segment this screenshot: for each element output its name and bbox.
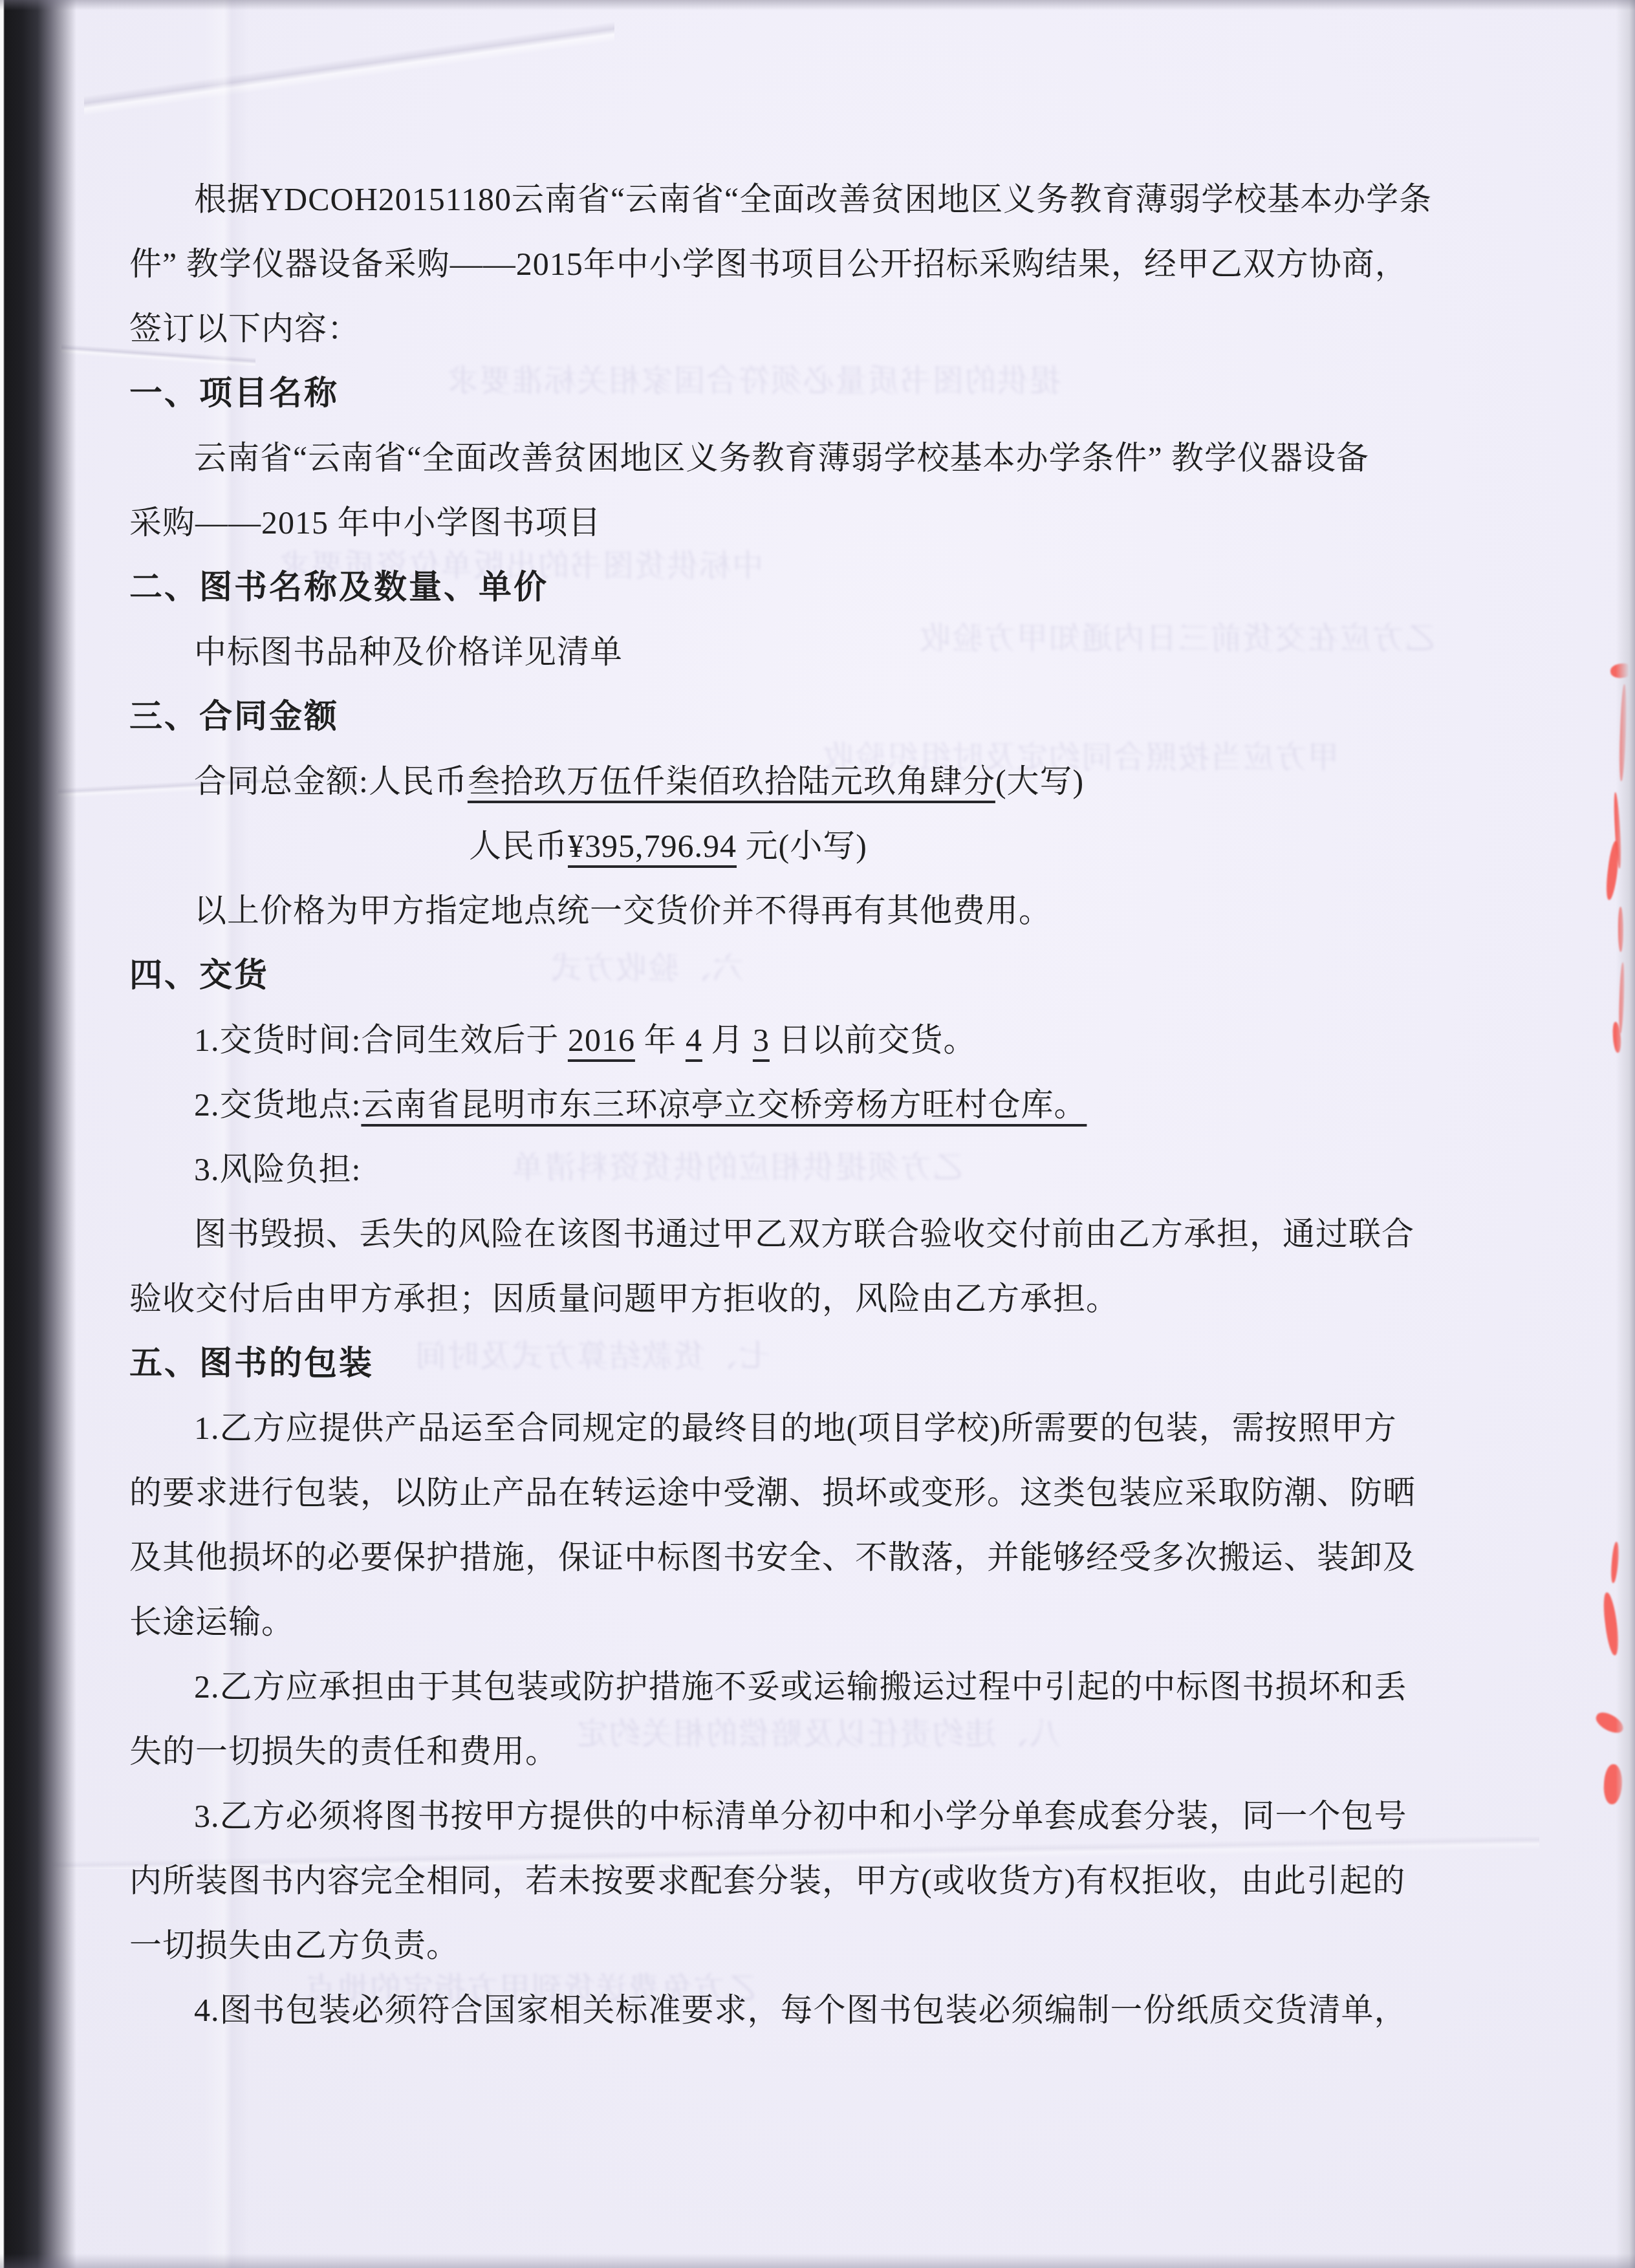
delivery-time-line: 1.交货时间:合同生效后于 2016 年 4 月 3 日以前交货。	[129, 1008, 1559, 1072]
scanner-edge-left	[0, 0, 84, 2268]
text-run: 二、图书名称及数量、单价	[129, 568, 548, 605]
underlined-value: 云南省昆明市东三环凉亭立交桥旁杨方旺村仓库。	[361, 1086, 1087, 1123]
section-1-heading: 一、项目名称	[129, 361, 1559, 426]
section-2-heading: 二、图书名称及数量、单价	[129, 555, 1559, 620]
packaging-line: 长途运输。	[129, 1590, 1559, 1654]
packaging-line: 1.乙方应提供产品运至合同规定的最终目的地(项目学校)所需要的包装，需按照甲方	[129, 1396, 1559, 1460]
text-run: 3.风险负担:	[194, 1151, 361, 1187]
book-list-note: 中标图书品种及价格详见清单	[129, 620, 1559, 684]
text-run: 云南省“云南省“全面改善贫困地区义务教育薄弱学校基本办学条件” 教学仪器设备	[194, 440, 1369, 476]
text-run: 1.乙方应提供产品运至合同规定的最终目的地(项目学校)所需要的包装，需按照甲方	[194, 1410, 1397, 1446]
intro-line: 签订以下内容：	[129, 296, 1559, 361]
text-run: 三、合同金额	[129, 698, 339, 735]
delivery-place-line: 2.交货地点:云南省昆明市东三环凉亭立交桥旁杨方旺村仓库。	[129, 1072, 1559, 1137]
text-run: 月	[702, 1022, 753, 1058]
packaging-line: 内所装图书内容完全相同，若未按要求配套分装，甲方(或收货方)有权拒收，由此引起的	[129, 1848, 1559, 1913]
text-run: 年	[635, 1022, 686, 1058]
text-run: 四、交货	[129, 956, 269, 993]
packaging-line: 4.图书包装必须符合国家相关标准要求，每个图书包装必须编制一份纸质交货清单，	[129, 1978, 1559, 2042]
text-run: 一、项目名称	[129, 374, 339, 411]
text-run: 元(小写)	[737, 828, 867, 864]
page-edge-right	[1616, 0, 1635, 2268]
intro-line: 件” 教学仪器设备采购——2015年中小学图书项目公开招标采购结果，经甲乙双方协…	[129, 232, 1559, 296]
packaging-line: 及其他损坏的必要保护措施，保证中标图书安全、不散落，并能够经受多次搬运、装卸及	[129, 1525, 1559, 1590]
contract-body: 根据YDCOH20151180云南省“云南省“全面改善贫困地区义务教育薄弱学校基…	[129, 167, 1559, 2042]
text-run: 五、图书的包装	[129, 1345, 374, 1381]
intro-line: 根据YDCOH20151180云南省“云南省“全面改善贫困地区义务教育薄弱学校基…	[129, 167, 1559, 232]
total-amount-figures-line: 人民币¥395,796.94 元(小写)	[129, 814, 1559, 878]
text-run: 签订以下内容：	[129, 310, 360, 347]
text-run: 2.交货地点:	[194, 1086, 361, 1123]
text-run: 采购——2015 年中小学图书项目	[129, 504, 601, 541]
total-amount-words-line: 合同总金额:人民币叁拾玖万伍仟柒佰玖拾陆元玖角肆分(大写)	[129, 749, 1559, 814]
text-run: 长途运输。	[129, 1604, 294, 1640]
risk-heading-line: 3.风险负担:	[129, 1137, 1559, 1202]
section-4-heading: 四、交货	[129, 943, 1559, 1008]
text-run: 人民币	[469, 828, 568, 864]
text-run: 日以前交货。	[770, 1022, 977, 1058]
scanner-edge-top	[0, 0, 1635, 10]
text-run: 合同总金额:人民币	[194, 763, 468, 799]
underlined-value: ¥395,796.94	[568, 828, 737, 864]
text-run: 2.乙方应承担由于其包装或防护措施不妥或运输搬运过程中引起的中标图书损坏和丢	[194, 1669, 1407, 1705]
project-name-line: 云南省“云南省“全面改善贫困地区义务教育薄弱学校基本办学条件” 教学仪器设备	[129, 426, 1559, 490]
underlined-value: 叁拾玖万伍仟柒佰玖拾陆元玖角肆分	[468, 763, 995, 799]
section-3-heading: 三、合同金额	[129, 684, 1559, 749]
text-run: 图书毁损、丢失的风险在该图书通过甲乙双方联合验收交付前由乙方承担，通过联合	[194, 1216, 1414, 1252]
text-run: 1.交货时间:合同生效后于	[194, 1022, 568, 1058]
scanner-edge-bottom	[0, 2254, 1635, 2268]
paper-crease	[84, 13, 614, 123]
underlined-value: 2016	[568, 1022, 635, 1058]
packaging-line: 的要求进行包装，以防止产品在转运途中受潮、损坏或变形。这类包装应采取防潮、防晒	[129, 1460, 1559, 1525]
scanned-contract-page: { "page": { "kind": "scanned contract pa…	[0, 0, 1635, 2268]
risk-body-line: 图书毁损、丢失的风险在该图书通过甲乙双方联合验收交付前由乙方承担，通过联合	[129, 1202, 1559, 1266]
text-run: 3.乙方必须将图书按甲方提供的中标清单分初中和小学分单套成套分装，同一个包号	[194, 1798, 1407, 1834]
text-run: 一切损失由乙方负责。	[129, 1927, 459, 1963]
text-run: 失的一切损失的责任和费用。	[129, 1733, 558, 1769]
text-run: 及其他损坏的必要保护措施，保证中标图书安全、不散落，并能够经受多次搬运、装卸及	[129, 1539, 1416, 1575]
price-note-line: 以上价格为甲方指定地点统一交货价并不得再有其他费用。	[129, 878, 1559, 943]
underlined-value: 3	[753, 1022, 770, 1058]
text-run: 中标图书品种及价格详见清单	[194, 634, 623, 670]
text-run: 件” 教学仪器设备采购——2015年中小学图书项目公开招标采购结果，经甲乙双方协…	[129, 246, 1408, 282]
packaging-line: 2.乙方应承担由于其包装或防护措施不妥或运输搬运过程中引起的中标图书损坏和丢	[129, 1654, 1559, 1719]
packaging-line: 3.乙方必须将图书按甲方提供的中标清单分初中和小学分单套成套分装，同一个包号	[129, 1784, 1559, 1848]
text-run: 内所装图书内容完全相同，若未按要求配套分装，甲方(或收货方)有权拒收，由此引起的	[129, 1863, 1405, 1899]
text-run: 4.图书包装必须符合国家相关标准要求，每个图书包装必须编制一份纸质交货清单，	[194, 1992, 1407, 2028]
risk-body-line: 验收交付后由甲方承担；因质量问题甲方拒收的，风险由乙方承担。	[129, 1266, 1559, 1331]
section-5-heading: 五、图书的包装	[129, 1331, 1559, 1396]
project-name-line: 采购——2015 年中小学图书项目	[129, 490, 1559, 555]
packaging-line: 失的一切损失的责任和费用。	[129, 1719, 1559, 1784]
text-run: 的要求进行包装，以防止产品在转运途中受潮、损坏或变形。这类包装应采取防潮、防晒	[129, 1474, 1416, 1511]
underlined-value: 4	[686, 1022, 702, 1058]
text-run: (大写)	[995, 763, 1084, 799]
text-run: 以上价格为甲方指定地点统一交货价并不得再有其他费用。	[194, 892, 1052, 929]
text-run: 验收交付后由甲方承担；因质量问题甲方拒收的，风险由乙方承担。	[129, 1280, 1119, 1317]
packaging-line: 一切损失由乙方负责。	[129, 1913, 1559, 1978]
text-run: 根据YDCOH20151180云南省“云南省“全面改善贫困地区义务教育薄弱学校基…	[194, 181, 1432, 217]
